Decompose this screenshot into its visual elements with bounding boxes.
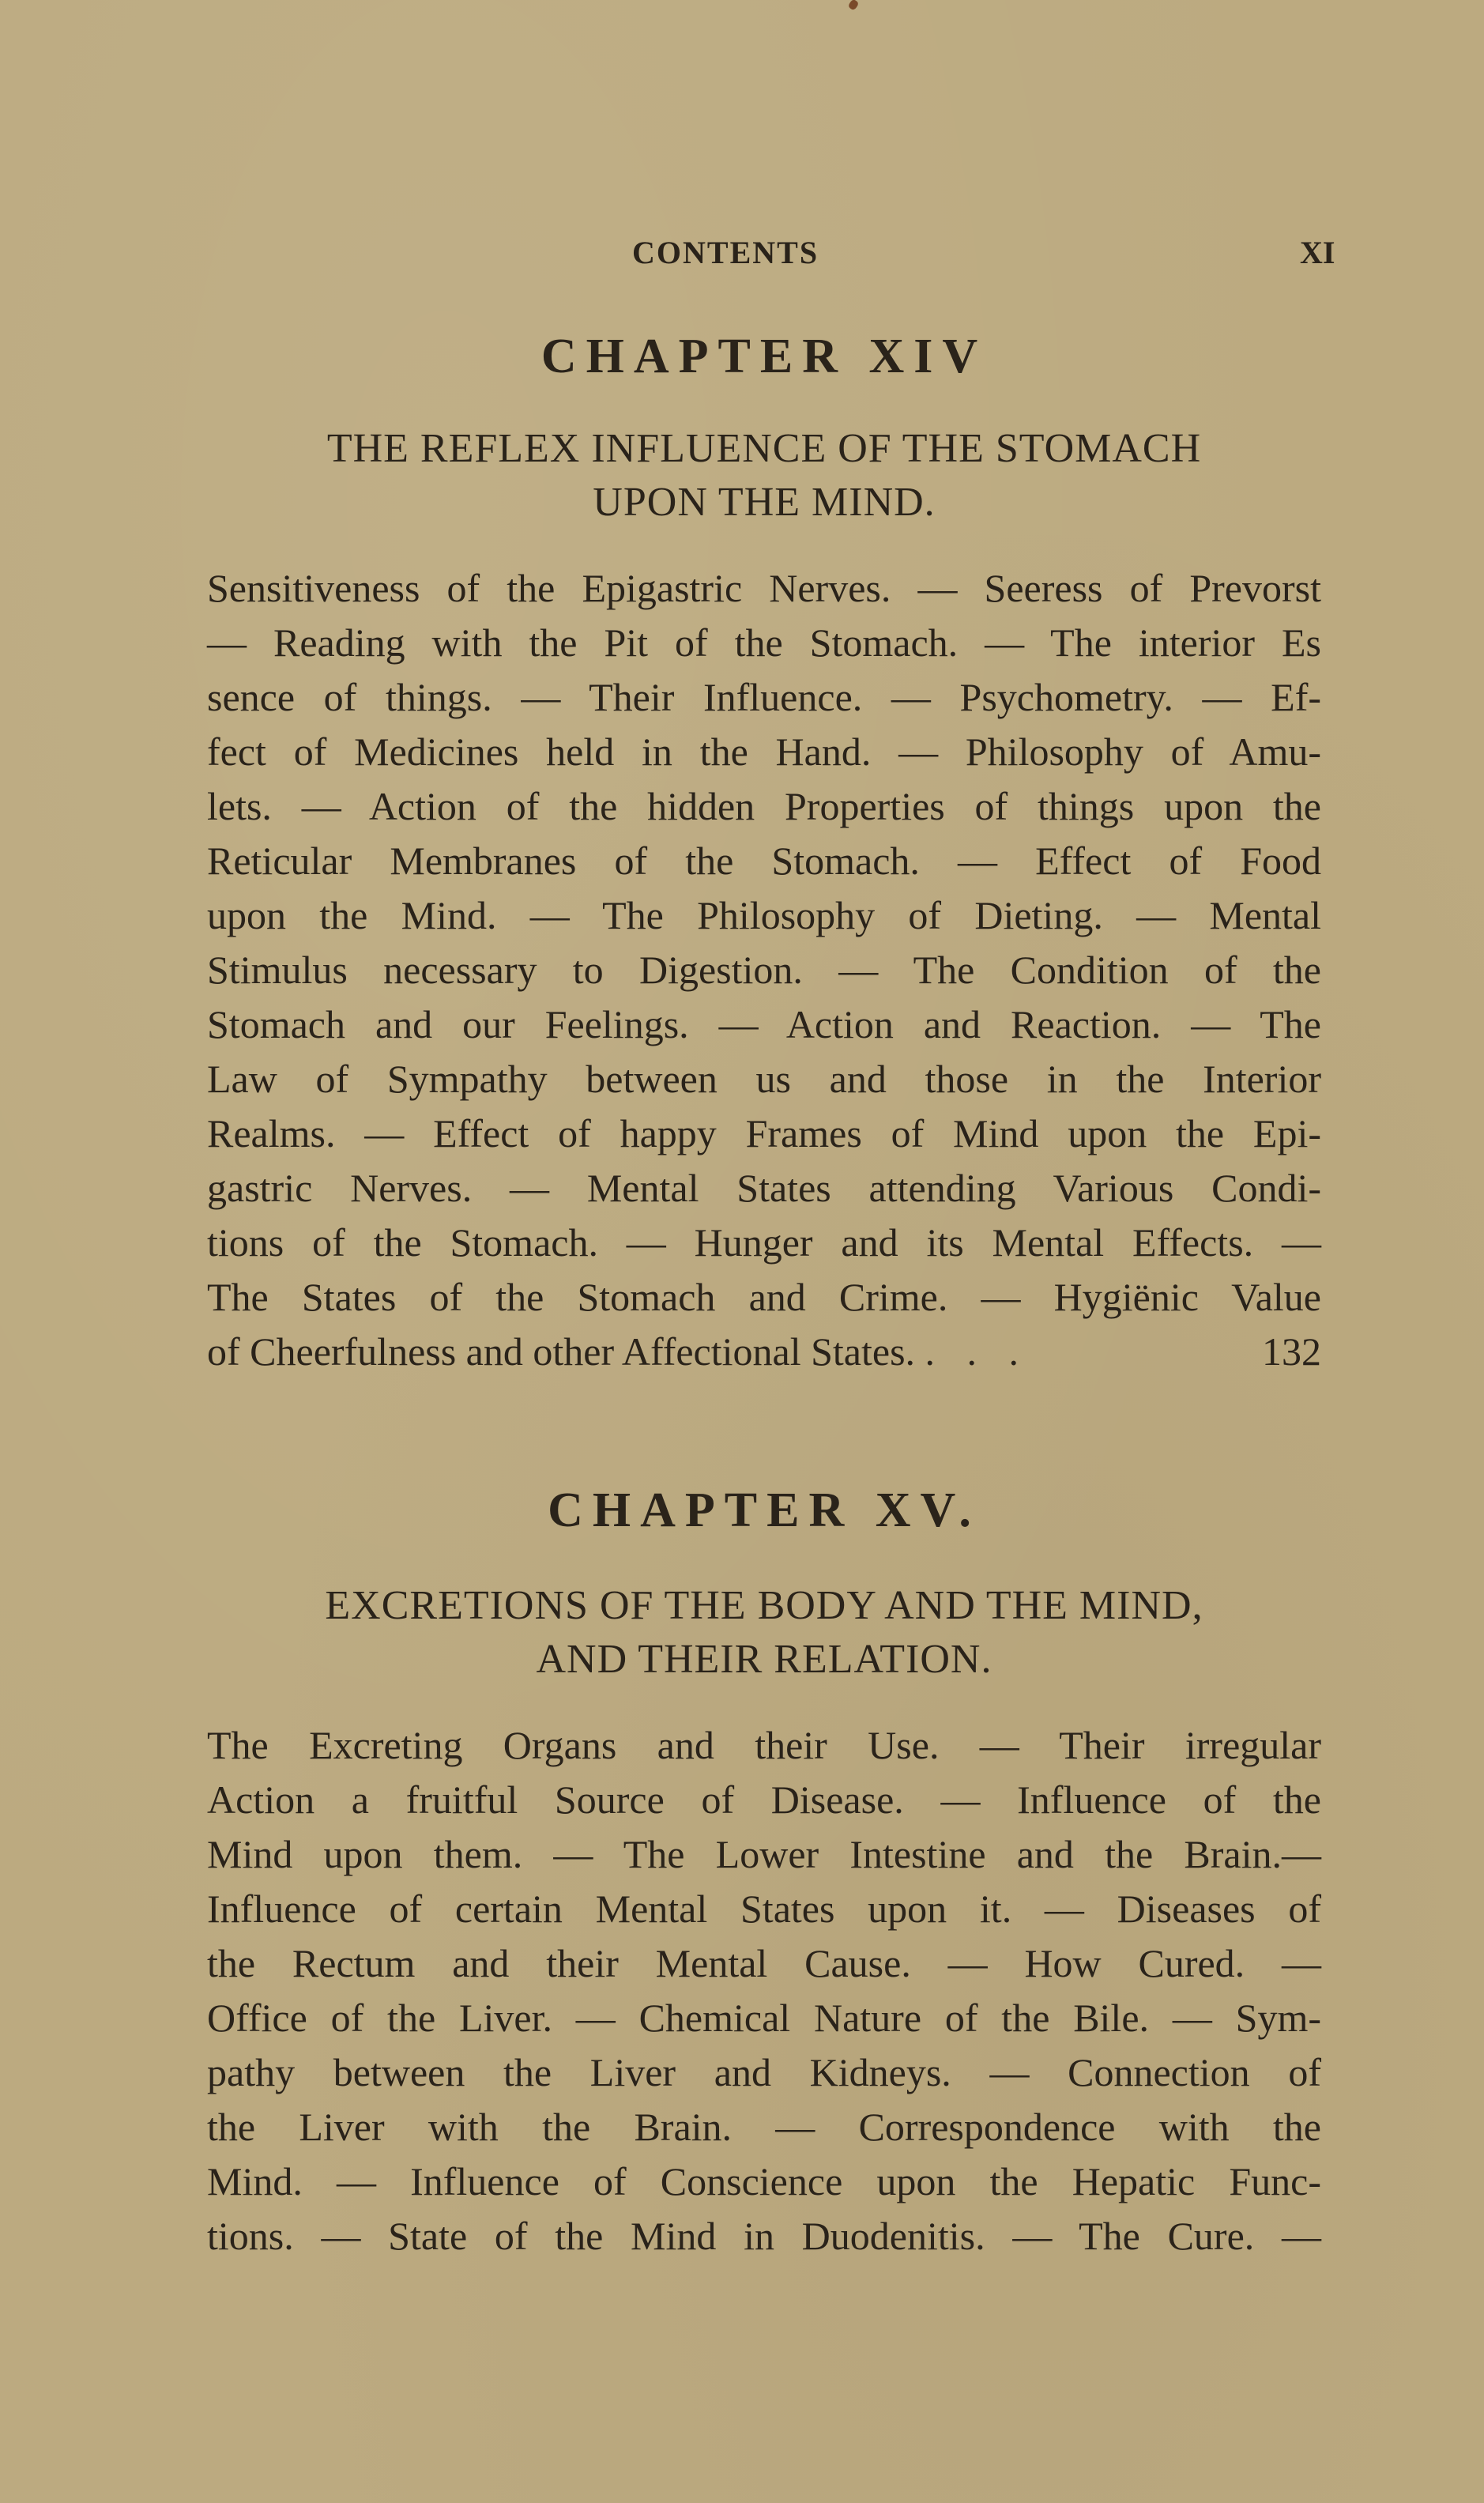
- summary-line: tions of the Stomach. — Hunger and its M…: [207, 1216, 1321, 1270]
- subtitle-line: UPON THE MIND.: [207, 476, 1321, 530]
- summary-line: Reticular Membranes of the Stomach. — Ef…: [207, 834, 1321, 888]
- summary-line: tions. — State of the Mind in Duodenitis…: [207, 2209, 1321, 2264]
- subtitle-line: EXCRETIONS OF THE BODY AND THE MIND,: [207, 1579, 1321, 1633]
- summary-line: Mind upon them. — The Lower Intestine an…: [207, 1827, 1321, 1882]
- chapter-summary: Sensitiveness of the Epigastric Nerves. …: [207, 561, 1321, 1379]
- chapter-subtitle: THE REFLEX INFLUENCE OF THE STOMACH UPON…: [207, 422, 1321, 530]
- page-number: 132: [1262, 1325, 1321, 1379]
- summary-line: Mind. — Influence of Conscience upon the…: [207, 2154, 1321, 2209]
- summary-line: sence of things. — Their Influence. — Ps…: [207, 670, 1321, 725]
- summary-line: Office of the Liver. — Chemical Nature o…: [207, 1991, 1321, 2045]
- summary-line: pathy between the Liver and Kidneys. — C…: [207, 2045, 1321, 2100]
- summary-line: Stomach and our Feelings. — Action and R…: [207, 997, 1321, 1052]
- summary-line: gastric Nerves. — Mental States attendin…: [207, 1161, 1321, 1216]
- chapter-title: CHAPTER XV.: [207, 1486, 1321, 1535]
- subtitle-line: THE REFLEX INFLUENCE OF THE STOMACH: [207, 422, 1321, 476]
- summary-line: of Cheerfulness and other Affectional St…: [207, 1329, 915, 1374]
- summary-line: Stimulus necessary to Digestion. — The C…: [207, 943, 1321, 997]
- summary-line: — Reading with the Pit of the Stomach. —…: [207, 616, 1321, 670]
- chapter-xiv: CHAPTER XIV THE REFLEX INFLUENCE OF THE …: [207, 332, 1321, 1379]
- summary-line: Action a fruitful Source of Disease. — I…: [207, 1773, 1321, 1827]
- summary-line: The Excreting Organs and their Use. — Th…: [207, 1718, 1321, 1773]
- dot-leaders: . . .: [925, 1329, 1030, 1374]
- summary-line: the Liver with the Brain. — Corresponden…: [207, 2100, 1321, 2154]
- summary-line: fect of Medicines held in the Hand. — Ph…: [207, 725, 1321, 779]
- subtitle-line: AND THEIR RELATION.: [207, 1633, 1321, 1687]
- summary-line: upon the Mind. — The Philosophy of Dieti…: [207, 888, 1321, 943]
- summary-line: the Rectum and their Mental Cause. — How…: [207, 1936, 1321, 1991]
- summary-line: Law of Sympathy between us and those in …: [207, 1052, 1321, 1106]
- summary-line: Influence of certain Mental States upon …: [207, 1882, 1321, 1936]
- chapter-xv: CHAPTER XV. EXCRETIONS OF THE BODY AND T…: [207, 1486, 1321, 2264]
- chapter-subtitle: EXCRETIONS OF THE BODY AND THE MIND, AND…: [207, 1579, 1321, 1687]
- paper-speck: [847, 0, 859, 11]
- chapter-summary: The Excreting Organs and their Use. — Th…: [207, 1718, 1321, 2264]
- page-folio: XI: [1300, 234, 1335, 271]
- summary-line: The States of the Stomach and Crime. — H…: [207, 1270, 1321, 1325]
- summary-line: lets. — Action of the hidden Properties …: [207, 779, 1321, 834]
- chapter-title: CHAPTER XIV: [207, 332, 1321, 381]
- book-page: CONTENTS XI CHAPTER XIV THE REFLEX INFLU…: [0, 0, 1484, 2503]
- summary-final-line: of Cheerfulness and other Affectional St…: [207, 1325, 1321, 1379]
- summary-line: Realms. — Effect of happy Frames of Mind…: [207, 1106, 1321, 1161]
- running-head: CONTENTS: [632, 234, 819, 271]
- summary-line: Sensitiveness of the Epigastric Nerves. …: [207, 561, 1321, 616]
